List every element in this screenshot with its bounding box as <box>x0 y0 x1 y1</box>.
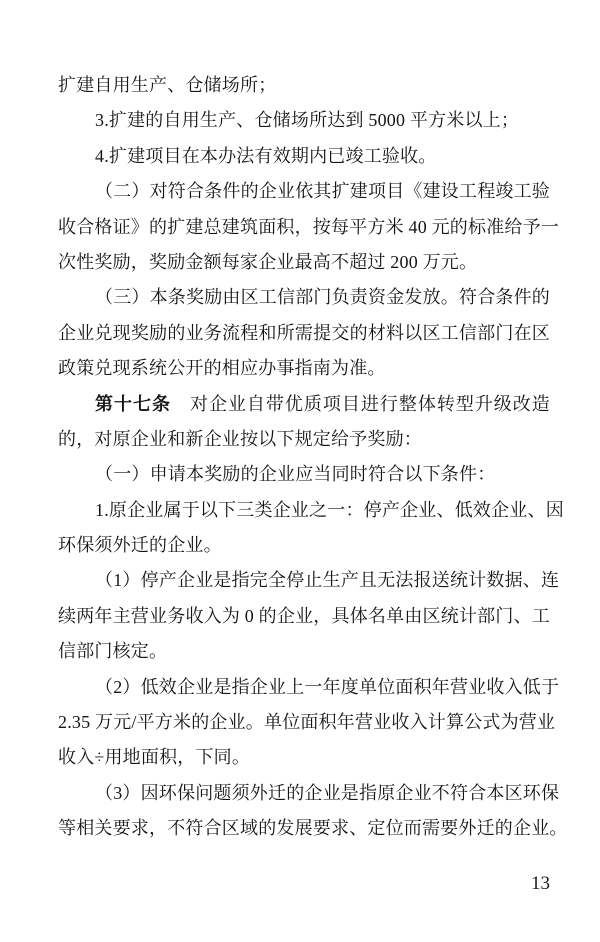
document-line: 扩建自用生产、仓储场所； <box>58 68 550 103</box>
document-line: （二）对符合条件的企业依其扩建项目《建设工程竣工验 <box>58 174 550 209</box>
document-line: 3.扩建的自用生产、仓储场所达到 5000 平方米以上； <box>58 103 550 138</box>
document-line: 4.扩建项目在本办法有效期内已竣工验收。 <box>58 139 550 174</box>
document-line: 第十七条 对企业自带优质项目进行整体转型升级改造 <box>58 387 550 422</box>
document-page: 扩建自用生产、仓储场所；3.扩建的自用生产、仓储场所达到 5000 平方米以上；… <box>0 0 600 942</box>
document-line: 续两年主营业务收入为 0 的企业，具体名单由区统计部门、工 <box>58 599 550 634</box>
document-line: 2.35 万元/平方米的企业。单位面积年营业收入计算公式为营业 <box>58 705 550 740</box>
document-line: 等相关要求，不符合区域的发展要求、定位而需要外迁的企业。 <box>58 811 550 846</box>
document-line: 信部门核定。 <box>58 634 550 669</box>
document-line: 的，对原企业和新企业按以下规定给予奖励： <box>58 422 550 457</box>
article-heading: 第十七条 <box>95 394 171 414</box>
document-line: 环保须外迁的企业。 <box>58 528 550 563</box>
document-line: （2）低效企业是指企业上一年度单位面积年营业收入低于 <box>58 670 550 705</box>
document-line: （三）本条奖励由区工信部门负责资金发放。符合条件的 <box>58 280 550 315</box>
document-line: （一）申请本奖励的企业应当同时符合以下条件： <box>58 457 550 492</box>
document-line: （1）停产企业是指完全停止生产且无法报送统计数据、连 <box>58 563 550 598</box>
document-line: 政策兑现系统公开的相应办事指南为准。 <box>58 351 550 386</box>
page-number: 13 <box>531 871 550 897</box>
document-line: 次性奖励，奖励金额每家企业最高不超过 200 万元。 <box>58 245 550 280</box>
document-line: 收入÷用地面积，下同。 <box>58 740 550 775</box>
document-line: 企业兑现奖励的业务流程和所需提交的材料以区工信部门在区 <box>58 316 550 351</box>
document-line: （3）因环保问题须外迁的企业是指原企业不符合本区环保 <box>58 776 550 811</box>
document-line: 1.原企业属于以下三类企业之一：停产企业、低效企业、因 <box>58 493 550 528</box>
document-body: 扩建自用生产、仓储场所；3.扩建的自用生产、仓储场所达到 5000 平方米以上；… <box>58 68 550 847</box>
document-line: 收合格证》的扩建总建筑面积，按每平方米 40 元的标准给予一 <box>58 210 550 245</box>
